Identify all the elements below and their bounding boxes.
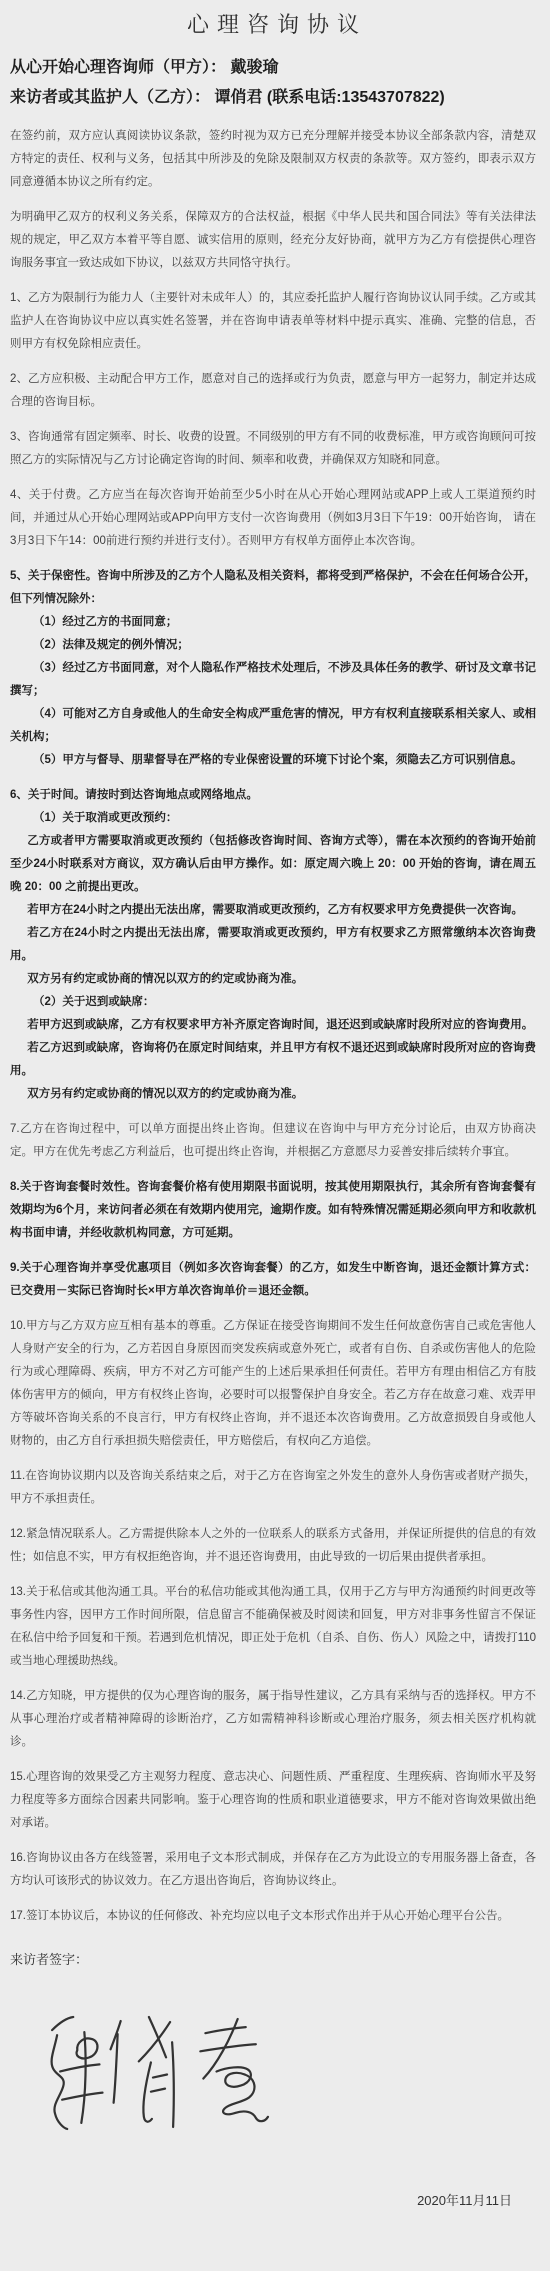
party-a-line: 从心开始心理咨询师（甲方）： 戴骏瑜 (10, 53, 536, 83)
clause-paragraph: 13.关于私信或其他沟通工具。平台的私信功能或其他沟通工具，仅用于乙方与甲方沟通… (10, 1581, 536, 1673)
clause-block: 13.关于私信或其他沟通工具。平台的私信功能或其他沟通工具，仅用于乙方与甲方沟通… (10, 1581, 536, 1673)
agreement-document: 心理咨询协议 从心开始心理咨询师（甲方）： 戴骏瑜 来访者或其监护人（乙方）： … (0, 0, 550, 2271)
clause-paragraph: 10.甲方与乙方双方应互相有基本的尊重。乙方保证在接受咨询期间不发生任何故意伤害… (10, 1315, 536, 1453)
clause-block: 5、关于保密性。咨询中所涉及的乙方个人隐私及相关资料，都将受到严格保护，不会在任… (10, 565, 536, 772)
signature-label: 来访者签字： (10, 1948, 536, 1971)
clause-paragraph: 若乙方迟到或缺席，咨询将仍在原定时间结束，并且甲方有权不退还迟到或缺席时段所对应… (10, 1037, 536, 1083)
clause-paragraph: 若甲方迟到或缺席，乙方有权要求甲方补齐原定咨询时间，退还迟到或缺席时段所对应的咨… (10, 1014, 536, 1037)
clause-paragraph: 为明确甲乙双方的权利义务关系，保障双方的合法权益，根据《中华人民共和国合同法》等… (10, 206, 536, 275)
clause-block: 1、乙方为限制行为能力人（主要针对未成年人）的，其应委托监护人履行咨询协议认同手… (10, 287, 536, 356)
clause-block: 3、咨询通常有固定频率、时长、收费的设置。不同级别的甲方有不同的收费标准，甲方或… (10, 426, 536, 472)
signature-stroke (81, 2032, 85, 2123)
clause-paragraph: （1）关于取消或更改预约： (10, 807, 536, 830)
clause-block: 7.乙方在咨询过程中，可以单方面提出终止咨询。但建议在咨询中与甲方充分讨论后，由… (10, 1118, 536, 1164)
clause-block: 在签约前，双方应认真阅读协议条款，签约时视为双方已充分理解并接受本协议全部条款内… (10, 125, 536, 194)
clause-paragraph: 1、乙方为限制行为能力人（主要针对未成年人）的，其应委托监护人履行咨询协议认同手… (10, 287, 536, 356)
clause-block: 2、乙方应积极、主动配合甲方工作，愿意对自己的选择或行为负责，愿意与甲方一起努力… (10, 368, 536, 414)
clause-block: 为明确甲乙双方的权利义务关系，保障双方的合法权益，根据《中华人民共和国合同法》等… (10, 206, 536, 275)
clause-paragraph: 9.关于心理咨询并享受优惠项目（例如多次咨询套餐）的乙方，如发生中断咨询，退还金… (10, 1257, 536, 1303)
clause-block: 12.紧急情况联系人。乙方需提供除本人之外的一位联系人的联系方式备用，并保证所提… (10, 1523, 536, 1569)
signature-stroke (205, 2027, 245, 2033)
clause-block: 4、关于付费。乙方应当在每次咨询开始前至少5小时在从心开始心理网站或APP上或人… (10, 484, 536, 553)
signature-stroke (172, 2042, 174, 2127)
clauses-container: 在签约前，双方应认真阅读协议条款，签约时视为双方已充分理解并接受本协议全部条款内… (10, 125, 536, 1928)
clause-paragraph: （4）可能对乙方自身或他人的生命安全构成严重危害的情况，甲方有权利直接联系相关家… (10, 703, 536, 749)
clause-paragraph: 2、乙方应积极、主动配合甲方工作，愿意对自己的选择或行为负责，愿意与甲方一起努力… (10, 368, 536, 414)
clause-paragraph: 3、咨询通常有固定频率、时长、收费的设置。不同级别的甲方有不同的收费标准，甲方或… (10, 426, 536, 472)
signature-stroke (200, 2044, 255, 2051)
clause-paragraph: 5、关于保密性。咨询中所涉及的乙方个人隐私及相关资料，都将受到严格保护，不会在任… (10, 565, 536, 611)
clause-paragraph: 4、关于付费。乙方应当在每次咨询开始前至少5小时在从心开始心理网站或APP上或人… (10, 484, 536, 553)
agreement-date: 2020年11月11日 (10, 2191, 512, 2211)
clause-block: 6、关于时间。请按时到达咨询地点或网络地点。（1）关于取消或更改预约：乙方或者甲… (10, 784, 536, 1106)
signature-stroke (60, 2064, 99, 2071)
clause-paragraph: 双方另有约定或协商的情况以双方的约定或协商为准。 (10, 1083, 536, 1106)
clause-paragraph: 双方另有约定或协商的情况以双方的约定或协商为准。 (10, 968, 536, 991)
clause-paragraph: 乙方或者甲方需要取消或更改预约（包括修改咨询时间、咨询方式等），需在本次预约的咨… (10, 830, 536, 899)
signature-stroke (153, 2075, 167, 2078)
signature-stroke (52, 2035, 68, 2129)
signature-stroke (114, 2034, 118, 2103)
signature-stroke (52, 2017, 73, 2030)
clause-paragraph: （2）法律及规定的例外情况； (10, 634, 536, 657)
clause-paragraph: 16.咨询协议由各方在线签署，采用电子文本形式制成，并保存在乙方为此设立的专用服… (10, 1847, 536, 1893)
signature-stroke (149, 2017, 166, 2057)
clause-paragraph: 14.乙方知晓，甲方提供的仅为心理咨询的服务，属于指导性建议，乙方具有采纳与否的… (10, 1685, 536, 1754)
party-b-line: 来访者或其监护人（乙方）： 谭俏君 (联系电话:13543707822) (10, 83, 536, 113)
signature-stroke (216, 2067, 250, 2087)
signature-stroke (111, 2021, 121, 2049)
clause-paragraph: 17.签订本协议后，本协议的任何修改、补充均应以电子文本形式作出并于从心开始心理… (10, 1905, 536, 1928)
clause-block: 8.关于咨询套餐时效性。咨询套餐价格有使用期限书面说明，按其使用期限执行，其余所… (10, 1176, 536, 1245)
clause-paragraph: 8.关于咨询套餐时效性。咨询套餐价格有使用期限书面说明，按其使用期限执行，其余所… (10, 1176, 536, 1245)
clause-block: 11.在咨询协议期内以及咨询关系结束之后，对于乙方在咨询室之外发生的意外人身伤害… (10, 1465, 536, 1511)
clause-paragraph: 在签约前，双方应认真阅读协议条款，签约时视为双方已充分理解并接受本协议全部条款内… (10, 125, 536, 194)
clause-paragraph: 12.紧急情况联系人。乙方需提供除本人之外的一位联系人的联系方式备用，并保证所提… (10, 1523, 536, 1569)
clause-block: 14.乙方知晓，甲方提供的仅为心理咨询的服务，属于指导性建议，乙方具有采纳与否的… (10, 1685, 536, 1754)
signature-stroke (223, 2075, 268, 2122)
signature-stroke (151, 2089, 165, 2092)
clause-block: 16.咨询协议由各方在线签署，采用电子文本形式制成，并保存在乙方为此设立的专用服… (10, 1847, 536, 1893)
clause-block: 9.关于心理咨询并享受优惠项目（例如多次咨询套餐）的乙方，如发生中断咨询，退还金… (10, 1257, 536, 1303)
page-title: 心理咨询协议 (10, 8, 536, 39)
clause-block: 10.甲方与乙方双方应互相有基本的尊重。乙方保证在接受咨询期间不发生任何故意伤害… (10, 1315, 536, 1453)
clause-paragraph: 6、关于时间。请按时到达咨询地点或网络地点。 (10, 784, 536, 807)
clause-paragraph: （3）经过乙方书面同意，对个人隐私作严格技术处理后，不涉及具体任务的教学、研讨及… (10, 657, 536, 703)
signature-stroke (62, 2093, 102, 2100)
clause-paragraph: 若甲方在24小时之内提出无法出席，需要取消或更改预约，乙方有权要求甲方免费提供一… (10, 899, 536, 922)
handwritten-signature (44, 2015, 276, 2133)
clause-paragraph: （5）甲方与督导、朋辈督导在严格的专业保密设置的环境下讨论个案，须隐去乙方可识别… (10, 749, 536, 772)
clause-paragraph: （1）经过乙方的书面同意； (10, 611, 536, 634)
signature-stroke (77, 2038, 98, 2058)
clause-paragraph: 若乙方在24小时之内提出无法出席，需要取消或更改预约，甲方有权要求乙方照常缴纳本… (10, 922, 536, 968)
clause-paragraph: 7.乙方在咨询过程中，可以单方面提出终止咨询。但建议在咨询中与甲方充分讨论后，由… (10, 1118, 536, 1164)
clause-block: 15.心理咨询的效果受乙方主观努力程度、意志决心、问题性质、严重程度、生理疾病、… (10, 1766, 536, 1835)
clause-paragraph: 11.在咨询协议期内以及咨询关系结束之后，对于乙方在咨询室之外发生的意外人身伤害… (10, 1465, 536, 1511)
clause-paragraph: 15.心理咨询的效果受乙方主观努力程度、意志决心、问题性质、严重程度、生理疾病、… (10, 1766, 536, 1835)
clause-paragraph: （2）关于迟到或缺席： (10, 991, 536, 1014)
clause-block: 17.签订本协议后，本协议的任何修改、补充均应以电子文本形式作出并于从心开始心理… (10, 1905, 536, 1928)
